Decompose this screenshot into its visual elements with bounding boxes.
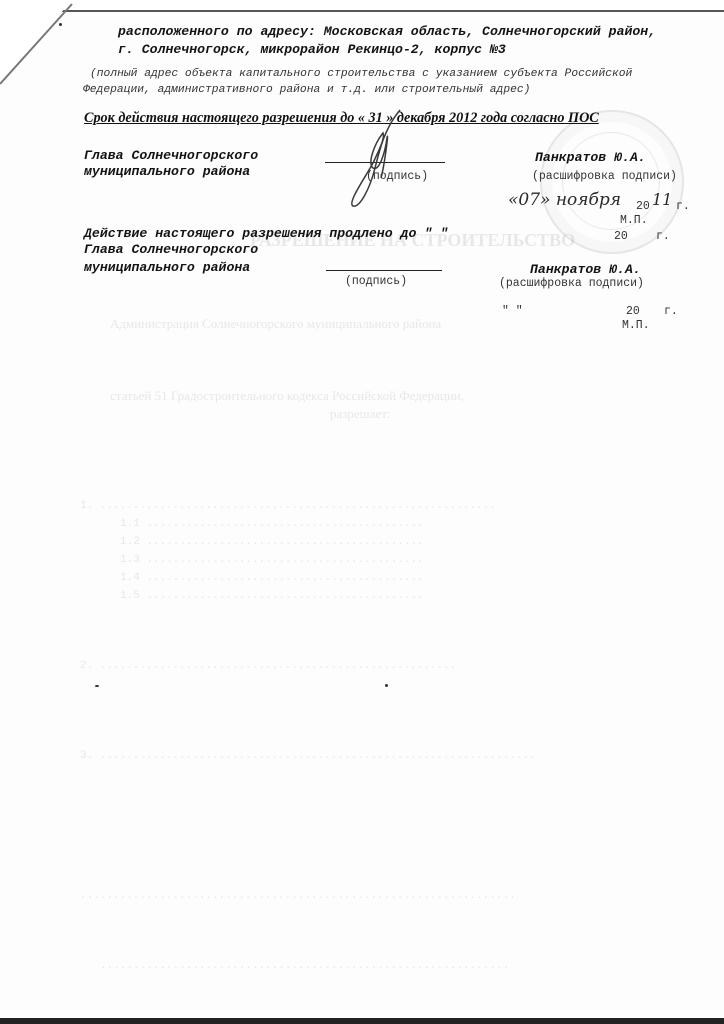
extension-signer-name-caption: (расшифровка подписи)	[499, 277, 644, 290]
scan-speck	[385, 684, 388, 687]
handwritten-year: 11	[652, 190, 672, 209]
extension-position-line-2: муниципального района	[84, 260, 250, 275]
extension-date-quotes: " "	[502, 305, 523, 318]
address-note-2: Федерации, административного района и т.…	[83, 84, 530, 96]
address-line-2: г. Солнечногорск, микрорайон Рекинцо-2, …	[118, 42, 506, 57]
year-prefix: 20	[636, 200, 650, 213]
address-note-1: (полный адрес объекта капитального строи…	[90, 68, 632, 80]
extension-position-line-1: Глава Солнечногорского	[84, 242, 258, 257]
seal-mark: М.П.	[620, 214, 648, 227]
scan-top-edge	[0, 0, 724, 12]
ghost-block: 1. .....................................…	[80, 500, 496, 512]
ghost-block: ........................................…	[80, 890, 516, 902]
signer-name-caption: (расшифровка подписи)	[532, 170, 677, 183]
ghost-block: 1.5 ....................................…	[120, 590, 424, 602]
ghost-block: 1.4 ....................................…	[120, 572, 424, 584]
extension-year-prefix: 20	[614, 230, 628, 243]
extension-signature-caption: (подпись)	[345, 275, 407, 288]
signer-name: Панкратов Ю.А.	[535, 150, 646, 165]
ghost-block: 1.1 ....................................…	[120, 518, 424, 530]
handwritten-signature-icon	[345, 108, 415, 213]
scan-speck	[59, 23, 62, 26]
ghost-line: статьей 51 Градостроительного кодекса Ро…	[110, 388, 464, 404]
folded-corner-icon	[0, 0, 80, 90]
extension-signer-name: Панкратов Ю.А.	[530, 262, 641, 277]
ghost-block: 1.3 ....................................…	[120, 554, 424, 566]
extension-seal-mark: М.П.	[622, 319, 650, 332]
address-line-1: расположенного по адресу: Московская обл…	[118, 24, 656, 39]
extension-year-suffix-2: г.	[664, 305, 678, 318]
extension-year-suffix: г.	[656, 230, 670, 243]
signer-position-line-2: муниципального района	[84, 164, 250, 179]
signer-position-line-1: Глава Солнечногорского	[84, 148, 258, 163]
ghost-line: разрешает:	[330, 406, 391, 422]
year-suffix: г.	[676, 200, 690, 213]
ghost-block: 3. .....................................…	[80, 750, 535, 762]
validity-statement: Срок действия настоящего разрешения до «…	[84, 110, 599, 127]
handwritten-date: «07» ноября	[508, 190, 621, 210]
extension-signature-line	[326, 270, 442, 271]
extension-year-prefix-2: 20	[626, 305, 640, 318]
ghost-block: 2. .....................................…	[80, 660, 456, 672]
scan-speck	[95, 685, 99, 687]
ghost-block: ........................................…	[100, 960, 509, 972]
extension-title: Действие настоящего разрешения продлено …	[84, 226, 448, 241]
scan-bottom-edge	[0, 1018, 724, 1024]
ghost-line: Администрация Солнечногорского муниципал…	[110, 316, 441, 332]
ghost-block: 1.2 ....................................…	[120, 536, 424, 548]
scanned-document-page: РАЗРЕШЕНИЕ НА СТРОИТЕЛЬСТВО Администраци…	[0, 0, 724, 1024]
signature-caption: (подпись)	[366, 170, 428, 183]
